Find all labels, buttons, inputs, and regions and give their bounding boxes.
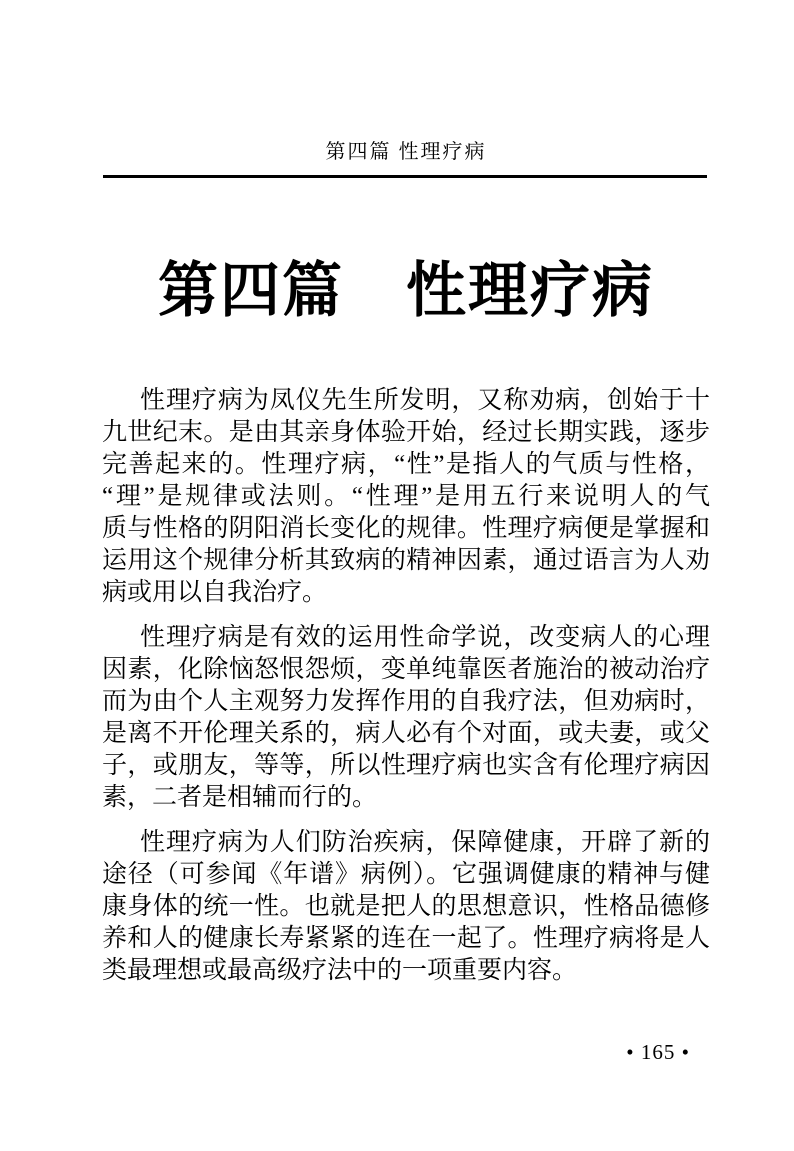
- book-page: 第四篇 性理疗病 第四篇 性理疗病 性理疗病为凤仪先生所发明，又称劝病，创始于十…: [0, 0, 794, 1151]
- text-line: 途径（可参闻《年谱》病例）。它强调健康的精神与健: [102, 859, 710, 891]
- text-line: 性理疗病是有效的运用性命学说，改变病人的心理: [102, 622, 710, 654]
- text-line: 而为由个人主观努力发挥作用的自我疗法，但劝病时，: [102, 686, 710, 718]
- text-line: 性理疗病为人们防治疾病，保障健康，开辟了新的: [102, 827, 710, 859]
- text-line: 性理疗病为凤仪先生所发明，又称劝病，创始于十: [102, 385, 710, 417]
- text-line: 运用这个规律分析其致病的精神因素，通过语言为人劝: [102, 545, 710, 577]
- page-number: • 165 •: [102, 1040, 690, 1065]
- text-line: 康身体的统一性。也就是把人的思想意识，性格品德修: [102, 891, 710, 923]
- text-line: 类最理想或最高级疗法中的一项重要内容。: [102, 955, 710, 987]
- chapter-title: 第四篇 性理疗病: [102, 252, 710, 330]
- running-header-title: 第四篇 性理疗病: [102, 139, 710, 165]
- paragraph-3: 性理疗病为人们防治疾病，保障健康，开辟了新的 途径（可参闻《年谱》病例）。它强调…: [102, 827, 710, 987]
- paragraph-1: 性理疗病为凤仪先生所发明，又称劝病，创始于十 九世纪末。是由其亲身体验开始，经过…: [102, 385, 710, 609]
- text-line: 因素，化除恼怒恨怨烦，变单纯靠医者施治的被动治疗: [102, 654, 710, 686]
- header-rule: [103, 175, 707, 178]
- paragraph-2: 性理疗病是有效的运用性命学说，改变病人的心理 因素，化除恼怒恨怨烦，变单纯靠医者…: [102, 622, 710, 814]
- text-line: 素，二者是相辅而行的。: [102, 782, 710, 814]
- text-line: 九世纪末。是由其亲身体验开始，经过长期实践，逐步: [102, 417, 710, 449]
- body-text: 性理疗病为凤仪先生所发明，又称劝病，创始于十 九世纪末。是由其亲身体验开始，经过…: [102, 385, 710, 1000]
- text-line: 是离不开伦理关系的，病人必有个对面，或夫妻，或父: [102, 718, 710, 750]
- text-line: 完善起来的。性理疗病，“性”是指人的气质与性格，: [102, 449, 710, 481]
- text-line: 养和人的健康长寿紧紧的连在一起了。性理疗病将是人: [102, 923, 710, 955]
- text-line: 病或用以自我治疗。: [102, 577, 710, 609]
- text-line: 质与性格的阴阳消长变化的规律。性理疗病便是掌握和: [102, 513, 710, 545]
- text-line: 子，或朋友，等等，所以性理疗病也实含有伦理疗病因: [102, 750, 710, 782]
- text-line: “理”是规律或法则。“性理”是用五行来说明人的气: [102, 481, 710, 513]
